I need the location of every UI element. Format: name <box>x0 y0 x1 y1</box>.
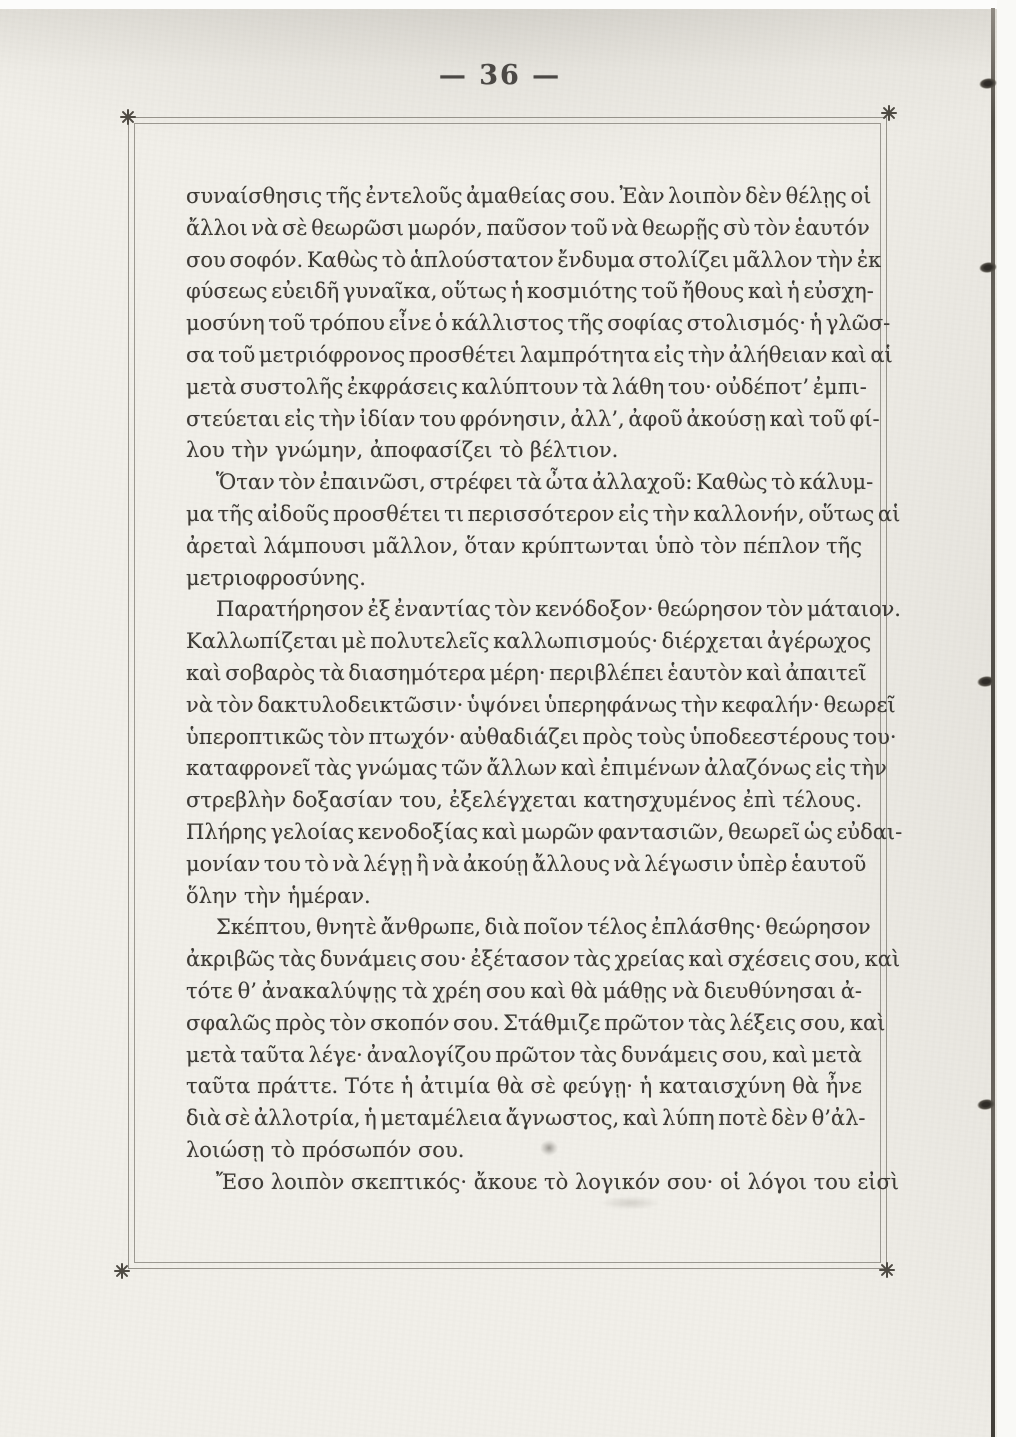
corner-ornament-icon <box>119 108 137 126</box>
page-number: — 36 — <box>380 60 620 91</box>
text-line: στρεβλὴν δοξασίαν του, ἐξελέγχεται κατησ… <box>186 785 862 817</box>
text-line-content: ἀρεταὶ λάμπουσι μᾶλλον, ὅταν κρύπτωνται … <box>186 531 862 563</box>
text-line: καὶ σοβαρὸς τὰ διασημότερα μέρη· περιβλέ… <box>186 658 862 690</box>
text-line-content: ἄλλοι νὰ σὲ θεωρῶσι μωρόν, παῦσον τοῦ νὰ… <box>186 213 870 245</box>
text-line: Ὅταν τὸν ἐπαινῶσι, στρέφει τὰ ὦτα ἀλλαχο… <box>186 467 862 499</box>
text-line-content: σφαλῶς πρὸς τὸν σκοπόν σου. Στάθμιζε πρῶ… <box>186 1008 885 1040</box>
page-edge-shadow <box>991 8 995 1437</box>
text-line: ὅλην τὴν ἡμέραν. <box>186 881 862 913</box>
text-line: φύσεως εὐειδῆ γυναῖκα, οὕτως ἡ κοσμιότης… <box>186 276 862 308</box>
text-line: νὰ τὸν δακτυλοδεικτῶσιν· ὑψόνει ὑπερηφάν… <box>186 690 862 722</box>
text-line: λοιώσῃ τὸ πρόσωπόν σου. <box>186 1135 862 1167</box>
text-line: ἀκριβῶς τὰς δυνάμεις σου· ἐξέτασον τὰς χ… <box>186 944 862 976</box>
corner-ornament-icon <box>113 1262 131 1280</box>
text-line: μετριοφροσύνης. <box>186 563 862 595</box>
text-line-content: μονίαν του τὸ νὰ λέγῃ ἢ νὰ ἀκούῃ ἄλλους … <box>186 849 866 881</box>
text-line: σου σοφόν. Καθὼς τὸ ἁπλούστατον ἔνδυμα σ… <box>186 245 862 277</box>
text-line-content: μετὰ ταῦτα λέγε· ἀναλογίζου πρῶτον τὰς δ… <box>186 1040 862 1072</box>
text-line-content: λοιώσῃ τὸ πρόσωπόν σου. <box>186 1135 464 1167</box>
text-line: συναίσθησις τῆς ἐντελοῦς ἀμαθείας σου. Ἐ… <box>186 181 862 213</box>
page-text: συναίσθησις τῆς ἐντελοῦς ἀμαθείας σου. Ἐ… <box>186 181 862 1199</box>
text-line-content: ὅλην τὴν ἡμέραν. <box>186 881 371 913</box>
text-line-content: σου σοφόν. Καθὼς τὸ ἁπλούστατον ἔνδυμα σ… <box>186 245 881 277</box>
text-line-content: σα τοῦ μετριόφρονος προσθέτει λαμπρότητα… <box>186 340 893 372</box>
text-line: Σκέπτου, θνητὲ ἄνθρωπε, διὰ ποῖον τέλος … <box>186 912 862 944</box>
text-line-content: Καλλωπίζεται μὲ πολυτελεῖς καλλωπισμούς·… <box>186 626 871 658</box>
text-line-content: νὰ τὸν δακτυλοδεικτῶσιν· ὑψόνει ὑπερηφάν… <box>186 690 896 722</box>
scanned-page: — 36 — συναίσθησις τῆς ἐντελοῦς ἀμαθείας… <box>0 0 1016 1437</box>
text-line: ὑπεροπτικῶς τὸν πτωχόν· αὐθαδιάζει πρὸς … <box>186 722 862 754</box>
ink-smudge <box>600 1196 660 1210</box>
text-line-content: μοσύνη τοῦ τρόπου εἶνε ὁ κάλλιστος τῆς σ… <box>186 308 890 340</box>
text-line-content: Σκέπτου, θνητὲ ἄνθρωπε, διὰ ποῖον τέλος … <box>216 912 871 944</box>
text-line: σφαλῶς πρὸς τὸν σκοπόν σου. Στάθμιζε πρῶ… <box>186 1008 862 1040</box>
ink-smudge <box>540 1140 558 1156</box>
text-line-content: φύσεως εὐειδῆ γυναῖκα, οὕτως ἡ κοσμιότης… <box>186 276 874 308</box>
text-line-content: ὑπεροπτικῶς τὸν πτωχόν· αὐθαδιάζει πρὸς … <box>186 722 897 754</box>
text-line: διὰ σὲ ἀλλοτρία, ἡ μεταμέλεια ἄγνωστος, … <box>186 1103 862 1135</box>
text-line: μοσύνη τοῦ τρόπου εἶνε ὁ κάλλιστος τῆς σ… <box>186 308 862 340</box>
text-line-content: λου τὴν γνώμην, ἀποφασίζει τὸ βέλτιον. <box>186 435 618 467</box>
text-line: Πλήρης γελοίας κενοδοξίας καὶ μωρῶν φαντ… <box>186 817 862 849</box>
text-line: ἄλλοι νὰ σὲ θεωρῶσι μωρόν, παῦσον τοῦ νὰ… <box>186 213 862 245</box>
text-line-content: στεύεται εἰς τὴν ἰδίαν του φρόνησιν, ἀλλ… <box>186 404 880 436</box>
text-line-content: συναίσθησις τῆς ἐντελοῦς ἀμαθείας σου. Ἐ… <box>186 181 871 213</box>
text-line: μετὰ συστολῆς ἐκφράσεις καλύπτουν τὰ λάθ… <box>186 372 862 404</box>
text-line: μονίαν του τὸ νὰ λέγῃ ἢ νὰ ἀκούῃ ἄλλους … <box>186 849 862 881</box>
text-line: τότε θ’ ἀνακαλύψῃς τὰ χρέη σου καὶ θὰ μά… <box>186 976 862 1008</box>
text-line-content: καὶ σοβαρὸς τὰ διασημότερα μέρη· περιβλέ… <box>186 658 867 690</box>
text-line: μετὰ ταῦτα λέγε· ἀναλογίζου πρῶτον τὰς δ… <box>186 1040 862 1072</box>
text-line-content: τότε θ’ ἀνακαλύψῃς τὰ χρέη σου καὶ θὰ μά… <box>186 976 862 1008</box>
text-line: Καλλωπίζεται μὲ πολυτελεῖς καλλωπισμούς·… <box>186 626 862 658</box>
corner-ornament-icon <box>880 104 898 122</box>
text-line-content: μετὰ συστολῆς ἐκφράσεις καλύπτουν τὰ λάθ… <box>186 372 867 404</box>
text-line-content: Παρατήρησον ἐξ ἐναντίας τὸν κενόδοξον· θ… <box>216 594 901 626</box>
text-line: καταφρονεῖ τὰς γνώμας τῶν ἄλλων καὶ ἐπιμ… <box>186 753 862 785</box>
corner-ornament-icon <box>878 1261 896 1279</box>
text-line: Παρατήρησον ἐξ ἐναντίας τὸν κενόδοξον· θ… <box>186 594 862 626</box>
text-line: λου τὴν γνώμην, ἀποφασίζει τὸ βέλτιον. <box>186 435 862 467</box>
text-line: Ἔσο λοιπὸν σκεπτικός· ἄκουε τὸ λογικόν σ… <box>186 1167 862 1199</box>
text-line-content: ἀκριβῶς τὰς δυνάμεις σου· ἐξέτασον τὰς χ… <box>186 944 900 976</box>
text-line-content: μετριοφροσύνης. <box>186 563 366 595</box>
text-line-content: διὰ σὲ ἀλλοτρία, ἡ μεταμέλεια ἄγνωστος, … <box>186 1103 866 1135</box>
scan-top-edge <box>0 0 1016 9</box>
text-line: ταῦτα πράττε. Τότε ἡ ἀτιμία θὰ σὲ φεύγῃ·… <box>186 1071 862 1103</box>
text-line: στεύεται εἰς τὴν ἰδίαν του φρόνησιν, ἀλλ… <box>186 404 862 436</box>
text-line-content: μα τῆς αἰδοῦς προσθέτει τι περισσότερον … <box>186 499 900 531</box>
text-line-content: στρεβλὴν δοξασίαν του, ἐξελέγχεται κατησ… <box>186 785 862 817</box>
text-line: ἀρεταὶ λάμπουσι μᾶλλον, ὅταν κρύπτωνται … <box>186 531 862 563</box>
text-line-content: Ὅταν τὸν ἐπαινῶσι, στρέφει τὰ ὦτα ἀλλαχο… <box>216 467 873 499</box>
text-line-content: ταῦτα πράττε. Τότε ἡ ἀτιμία θὰ σὲ φεύγῃ·… <box>186 1071 862 1103</box>
text-line-content: Πλήρης γελοίας κενοδοξίας καὶ μωρῶν φαντ… <box>186 817 902 849</box>
text-line: μα τῆς αἰδοῦς προσθέτει τι περισσότερον … <box>186 499 862 531</box>
scan-right-margin <box>997 0 1016 1437</box>
text-line-content: Ἔσο λοιπὸν σκεπτικός· ἄκουε τὸ λογικόν σ… <box>216 1167 899 1199</box>
text-line: σα τοῦ μετριόφρονος προσθέτει λαμπρότητα… <box>186 340 862 372</box>
text-line-content: καταφρονεῖ τὰς γνώμας τῶν ἄλλων καὶ ἐπιμ… <box>186 753 887 785</box>
